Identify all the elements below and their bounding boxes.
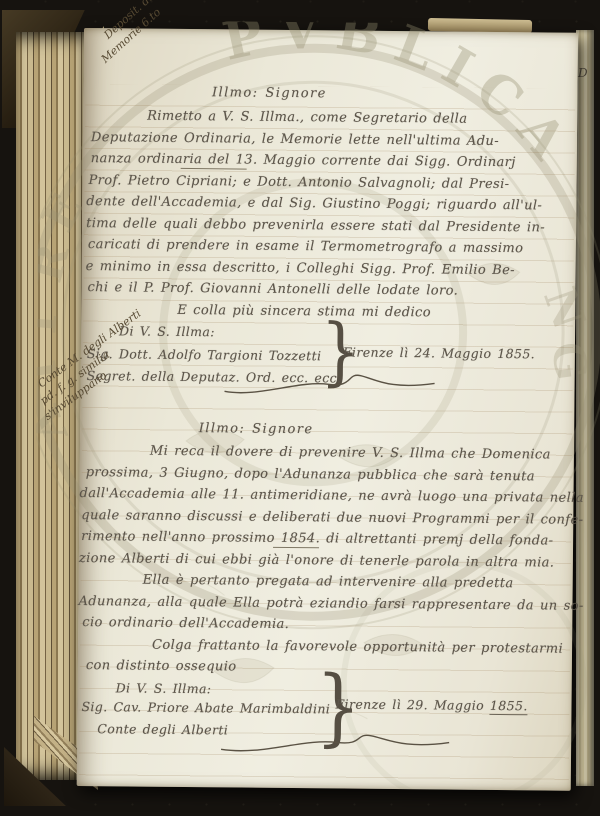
letter1-place-date: Firenze lì 24. Maggio 1855. xyxy=(343,345,535,362)
signature-flourish xyxy=(213,729,455,761)
manuscript-line: tima delle quali debbo prevenirla essere… xyxy=(86,216,545,235)
manuscript-line: chi e il P. Prof. Giovanni Antonelli del… xyxy=(87,280,458,299)
manuscript-line: dente dell'Accademia, e dal Sig. Giustin… xyxy=(86,194,542,213)
manuscript-line: dall'Accademia alle 11. antimeridiane, n… xyxy=(79,486,584,506)
letter2-heading: Illmo: Signore xyxy=(90,420,422,438)
letter2-place-date: Firenze lì 29. Maggio 1855. xyxy=(335,696,527,713)
manuscript-line: e minimo in essa descritto, i Colleghi S… xyxy=(86,259,515,278)
manuscript-line: cio ordinario dell'Accademia. xyxy=(82,615,289,632)
letter1-heading: Illmo: Signore xyxy=(103,84,435,102)
manuscript-line: Colga frattanto la favorevole opportunit… xyxy=(152,637,563,656)
signature-flourish xyxy=(218,369,440,401)
manuscript-line: prossima, 3 Giugno, dopo l'Adunanza pubb… xyxy=(86,465,535,484)
letter2-signature-name: Sig. Cav. Priore Abate Marimbaldini xyxy=(81,699,330,716)
manuscript-line: Mi reca il dovere di prevenire V. S. Ill… xyxy=(150,444,551,463)
letter2-salutation: Di V. S. Illma: xyxy=(116,680,212,696)
manuscript-line: Deputazione Ordinaria, le Memorie lette … xyxy=(91,130,499,149)
manuscript-line: zione Alberti di cui ebbi già l'onore di… xyxy=(79,550,555,570)
manuscript-line: Prof. Pietro Cipriani; e Dott. Antonio S… xyxy=(88,173,509,192)
manuscript-page: PVBLICA E R I T A N G Ill xyxy=(77,28,578,791)
date-underline xyxy=(181,168,247,170)
next-page-pen-mark: D xyxy=(578,66,588,80)
manuscript-line: Rimetto a V. S. Illma., come Segretario … xyxy=(147,109,467,127)
manuscript-line: quale saranno discussi e deliberati due … xyxy=(81,507,583,527)
manuscript-line: con distinto ossequio xyxy=(86,658,237,674)
letter2-place-date-text: Firenze lì 29. Maggio xyxy=(335,696,490,712)
letter1-closing-line: E colla più sincera stima mi dedico xyxy=(177,302,431,319)
year-underline xyxy=(273,547,319,548)
manuscript-photo: D PVBLICA E R I T A N G xyxy=(0,0,600,816)
manuscript-line: caricati di prendere in esame il Termome… xyxy=(88,237,524,256)
manuscript-line: rimento nell'anno prossimo 1854. di altr… xyxy=(81,529,554,549)
manuscript-line: Ella è pertanto pregata ad intervenire a… xyxy=(143,573,514,592)
letter2-signature-name-2: Conte degli Alberti xyxy=(97,721,228,737)
manuscript-line: Adunanza, alla quale Ella potrà eziandio… xyxy=(78,593,583,613)
next-page-edge xyxy=(576,30,594,786)
letter2-year-underlined: 1855. xyxy=(490,698,528,715)
manuscript-line: nanza ordinaria del 13. Maggio corrente … xyxy=(91,151,516,170)
